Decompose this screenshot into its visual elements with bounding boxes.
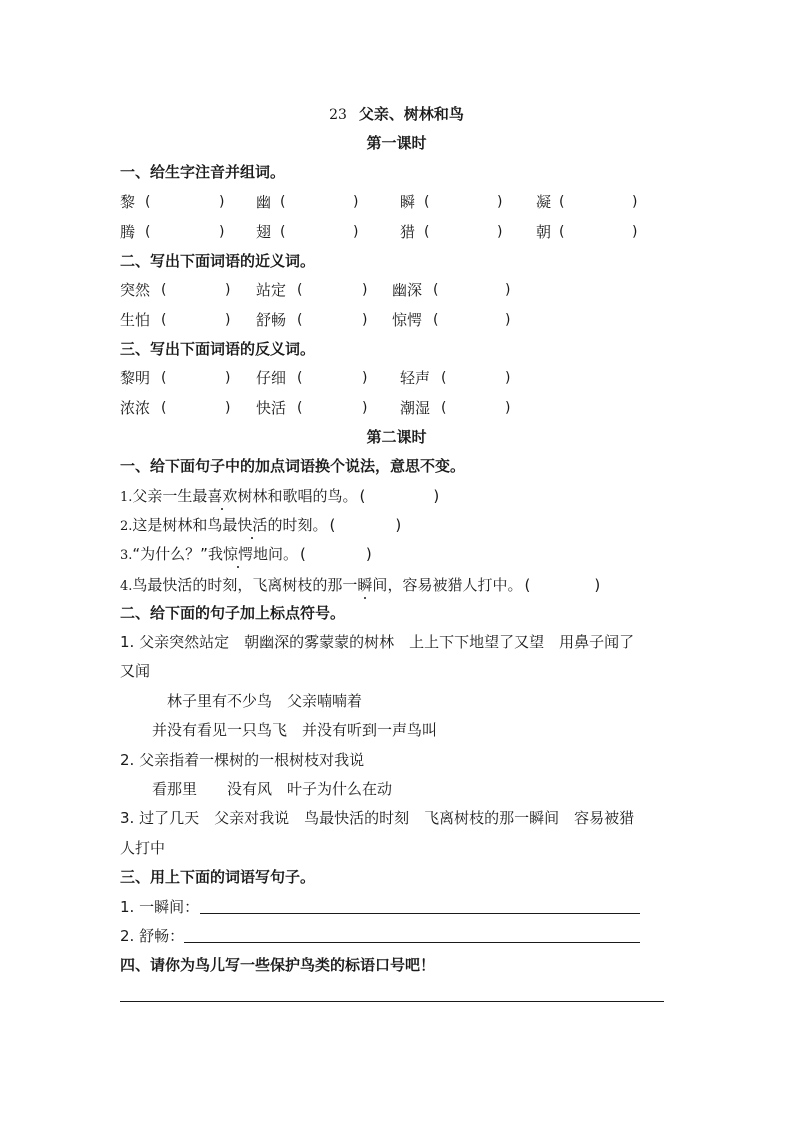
- p2-q1-heading: 一、给下面句子中的加点词语换个说法，意思不变。: [120, 456, 465, 476]
- answer-close-paren: ): [225, 368, 230, 388]
- answer-open-paren: (: [300, 545, 306, 563]
- answer-open-paren: (: [297, 310, 302, 330]
- slogan-answer-line[interactable]: [120, 1001, 664, 1002]
- answer-close-paren: ): [505, 280, 510, 300]
- answer-open-paren: (: [145, 222, 150, 242]
- dotted-word: 快活: [237, 515, 267, 535]
- lesson-number: 23: [329, 107, 347, 123]
- answer-close-paren: ): [362, 398, 367, 418]
- lesson-title: 23父亲、树林和鸟: [0, 104, 793, 125]
- word-item: 仔细: [256, 368, 286, 388]
- p2-q1-item-4: 4.鸟最快活的时刻，飞离树枝的那一瞬间，容易被猎人打中。(): [120, 575, 600, 597]
- p2-q1-item-2: 2.这是树林和鸟最快活的时刻。(): [120, 515, 401, 537]
- word-item: 轻声: [400, 368, 430, 388]
- answer-close-paren: ): [362, 280, 367, 300]
- punctuation-line: 林子里有不少鸟 父亲喃喃着: [167, 691, 362, 711]
- answer-close-paren: ): [632, 222, 637, 242]
- answer-open-paren: (: [433, 310, 438, 330]
- char-item: 幽: [256, 192, 271, 212]
- answer-close-paren: ): [225, 280, 230, 300]
- answer-open-paren: (: [297, 368, 302, 388]
- p1-q2-heading: 二、写出下面词语的近义词。: [120, 251, 315, 271]
- punctuation-line: 2. 父亲指着一棵树的一根树枝对我说: [120, 750, 364, 770]
- dotted-word: 一瞬间: [342, 575, 387, 595]
- period1-title: 第一课时: [0, 133, 793, 153]
- answer-open-paren: (: [524, 576, 530, 594]
- word-item: 惊愕: [392, 310, 422, 330]
- answer-open-paren: (: [297, 280, 302, 300]
- word-item: 黎明: [120, 368, 150, 388]
- punctuation-line: 又闻: [120, 661, 150, 681]
- dotted-word: 惊愕: [223, 544, 253, 564]
- char-item: 猎: [400, 222, 415, 242]
- answer-close-paren: ): [594, 576, 600, 594]
- answer-open-paren: (: [161, 310, 166, 330]
- answer-close-paren: ): [505, 310, 510, 330]
- p1-q3-heading: 三、写出下面词语的反义词。: [120, 339, 315, 359]
- answer-close-paren: ): [219, 222, 224, 242]
- p2-q1-item-3: 3.“为什么？”我惊愕地问。(): [120, 544, 372, 566]
- answer-open-paren: (: [559, 222, 564, 242]
- lesson-title-text: 父亲、树林和鸟: [359, 105, 464, 123]
- char-item: 腾: [120, 222, 135, 242]
- answer-open-paren: (: [161, 398, 166, 418]
- char-item: 翅: [256, 222, 271, 242]
- answer-open-paren: (: [297, 398, 302, 418]
- p1-q1-heading: 一、给生字注音并组词。: [120, 162, 285, 182]
- answer-close-paren: ): [353, 192, 358, 212]
- answer-close-paren: ): [433, 487, 439, 505]
- answer-open-paren: (: [161, 280, 166, 300]
- punctuation-line: 1. 父亲突然站定 朝幽深的雾蒙蒙的树林 上上下下地望了又望 用鼻子闻了: [120, 632, 634, 652]
- punctuation-line: 3. 过了几天 父亲对我说 鸟最快活的时刻 飞离树枝的那一瞬间 容易被猎: [120, 808, 634, 828]
- answer-close-paren: ): [505, 368, 510, 388]
- answer-open-paren: (: [359, 487, 365, 505]
- answer-open-paren: (: [280, 192, 285, 212]
- answer-close-paren: ): [395, 516, 401, 534]
- answer-close-paren: ): [366, 545, 372, 563]
- answer-open-paren: (: [145, 192, 150, 212]
- word-item: 舒畅: [256, 310, 286, 330]
- word-item: 站定: [256, 280, 286, 300]
- sentence-answer-line-1[interactable]: [200, 913, 640, 914]
- word-item: 潮湿: [400, 398, 430, 418]
- p2-q3-heading: 三、用上下面的词语写句子。: [120, 867, 315, 887]
- answer-close-paren: ): [225, 310, 230, 330]
- answer-close-paren: ): [353, 222, 358, 242]
- sentence-item-2-label: 2. 舒畅：: [120, 926, 184, 946]
- char-item: 瞬: [400, 192, 415, 212]
- answer-open-paren: (: [424, 222, 429, 242]
- answer-close-paren: ): [225, 398, 230, 418]
- answer-open-paren: (: [441, 398, 446, 418]
- answer-close-paren: ): [362, 368, 367, 388]
- char-item: 凝: [536, 192, 551, 212]
- answer-open-paren: (: [424, 192, 429, 212]
- answer-close-paren: ): [362, 310, 367, 330]
- answer-close-paren: ): [505, 398, 510, 418]
- word-item: 浓浓: [120, 398, 150, 418]
- word-item: 幽深: [392, 280, 422, 300]
- word-item: 快活: [256, 398, 286, 418]
- punctuation-line: 看那里 没有风 叶子为什么在动: [152, 779, 392, 799]
- punctuation-line: 人打中: [120, 838, 165, 858]
- answer-close-paren: ): [497, 192, 502, 212]
- answer-close-paren: ): [219, 192, 224, 212]
- sentence-item-1-label: 1. 一瞬间：: [120, 897, 199, 917]
- answer-open-paren: (: [433, 280, 438, 300]
- answer-close-paren: ): [497, 222, 502, 242]
- answer-open-paren: (: [280, 222, 285, 242]
- answer-open-paren: (: [161, 368, 166, 388]
- answer-open-paren: (: [441, 368, 446, 388]
- answer-open-paren: (: [329, 516, 335, 534]
- answer-open-paren: (: [559, 192, 564, 212]
- p2-q2-heading: 二、给下面的句子加上标点符号。: [120, 603, 345, 623]
- dotted-word: 喜欢: [207, 486, 237, 506]
- sentence-answer-line-2[interactable]: [184, 942, 640, 943]
- p2-q4-heading: 四、请你为鸟儿写一些保护鸟类的标语口号吧！: [120, 955, 435, 975]
- word-item: 生怕: [120, 310, 150, 330]
- punctuation-line: 并没有看见一只鸟飞 并没有听到一声鸟叫: [152, 720, 437, 740]
- word-item: 突然: [120, 280, 150, 300]
- char-item: 朝: [536, 222, 551, 242]
- p2-q1-item-1: 1.父亲一生最喜欢树林和歌唱的鸟。(): [120, 486, 439, 508]
- answer-close-paren: ): [632, 192, 637, 212]
- period2-title: 第二课时: [0, 427, 793, 447]
- char-item: 黎: [120, 192, 135, 212]
